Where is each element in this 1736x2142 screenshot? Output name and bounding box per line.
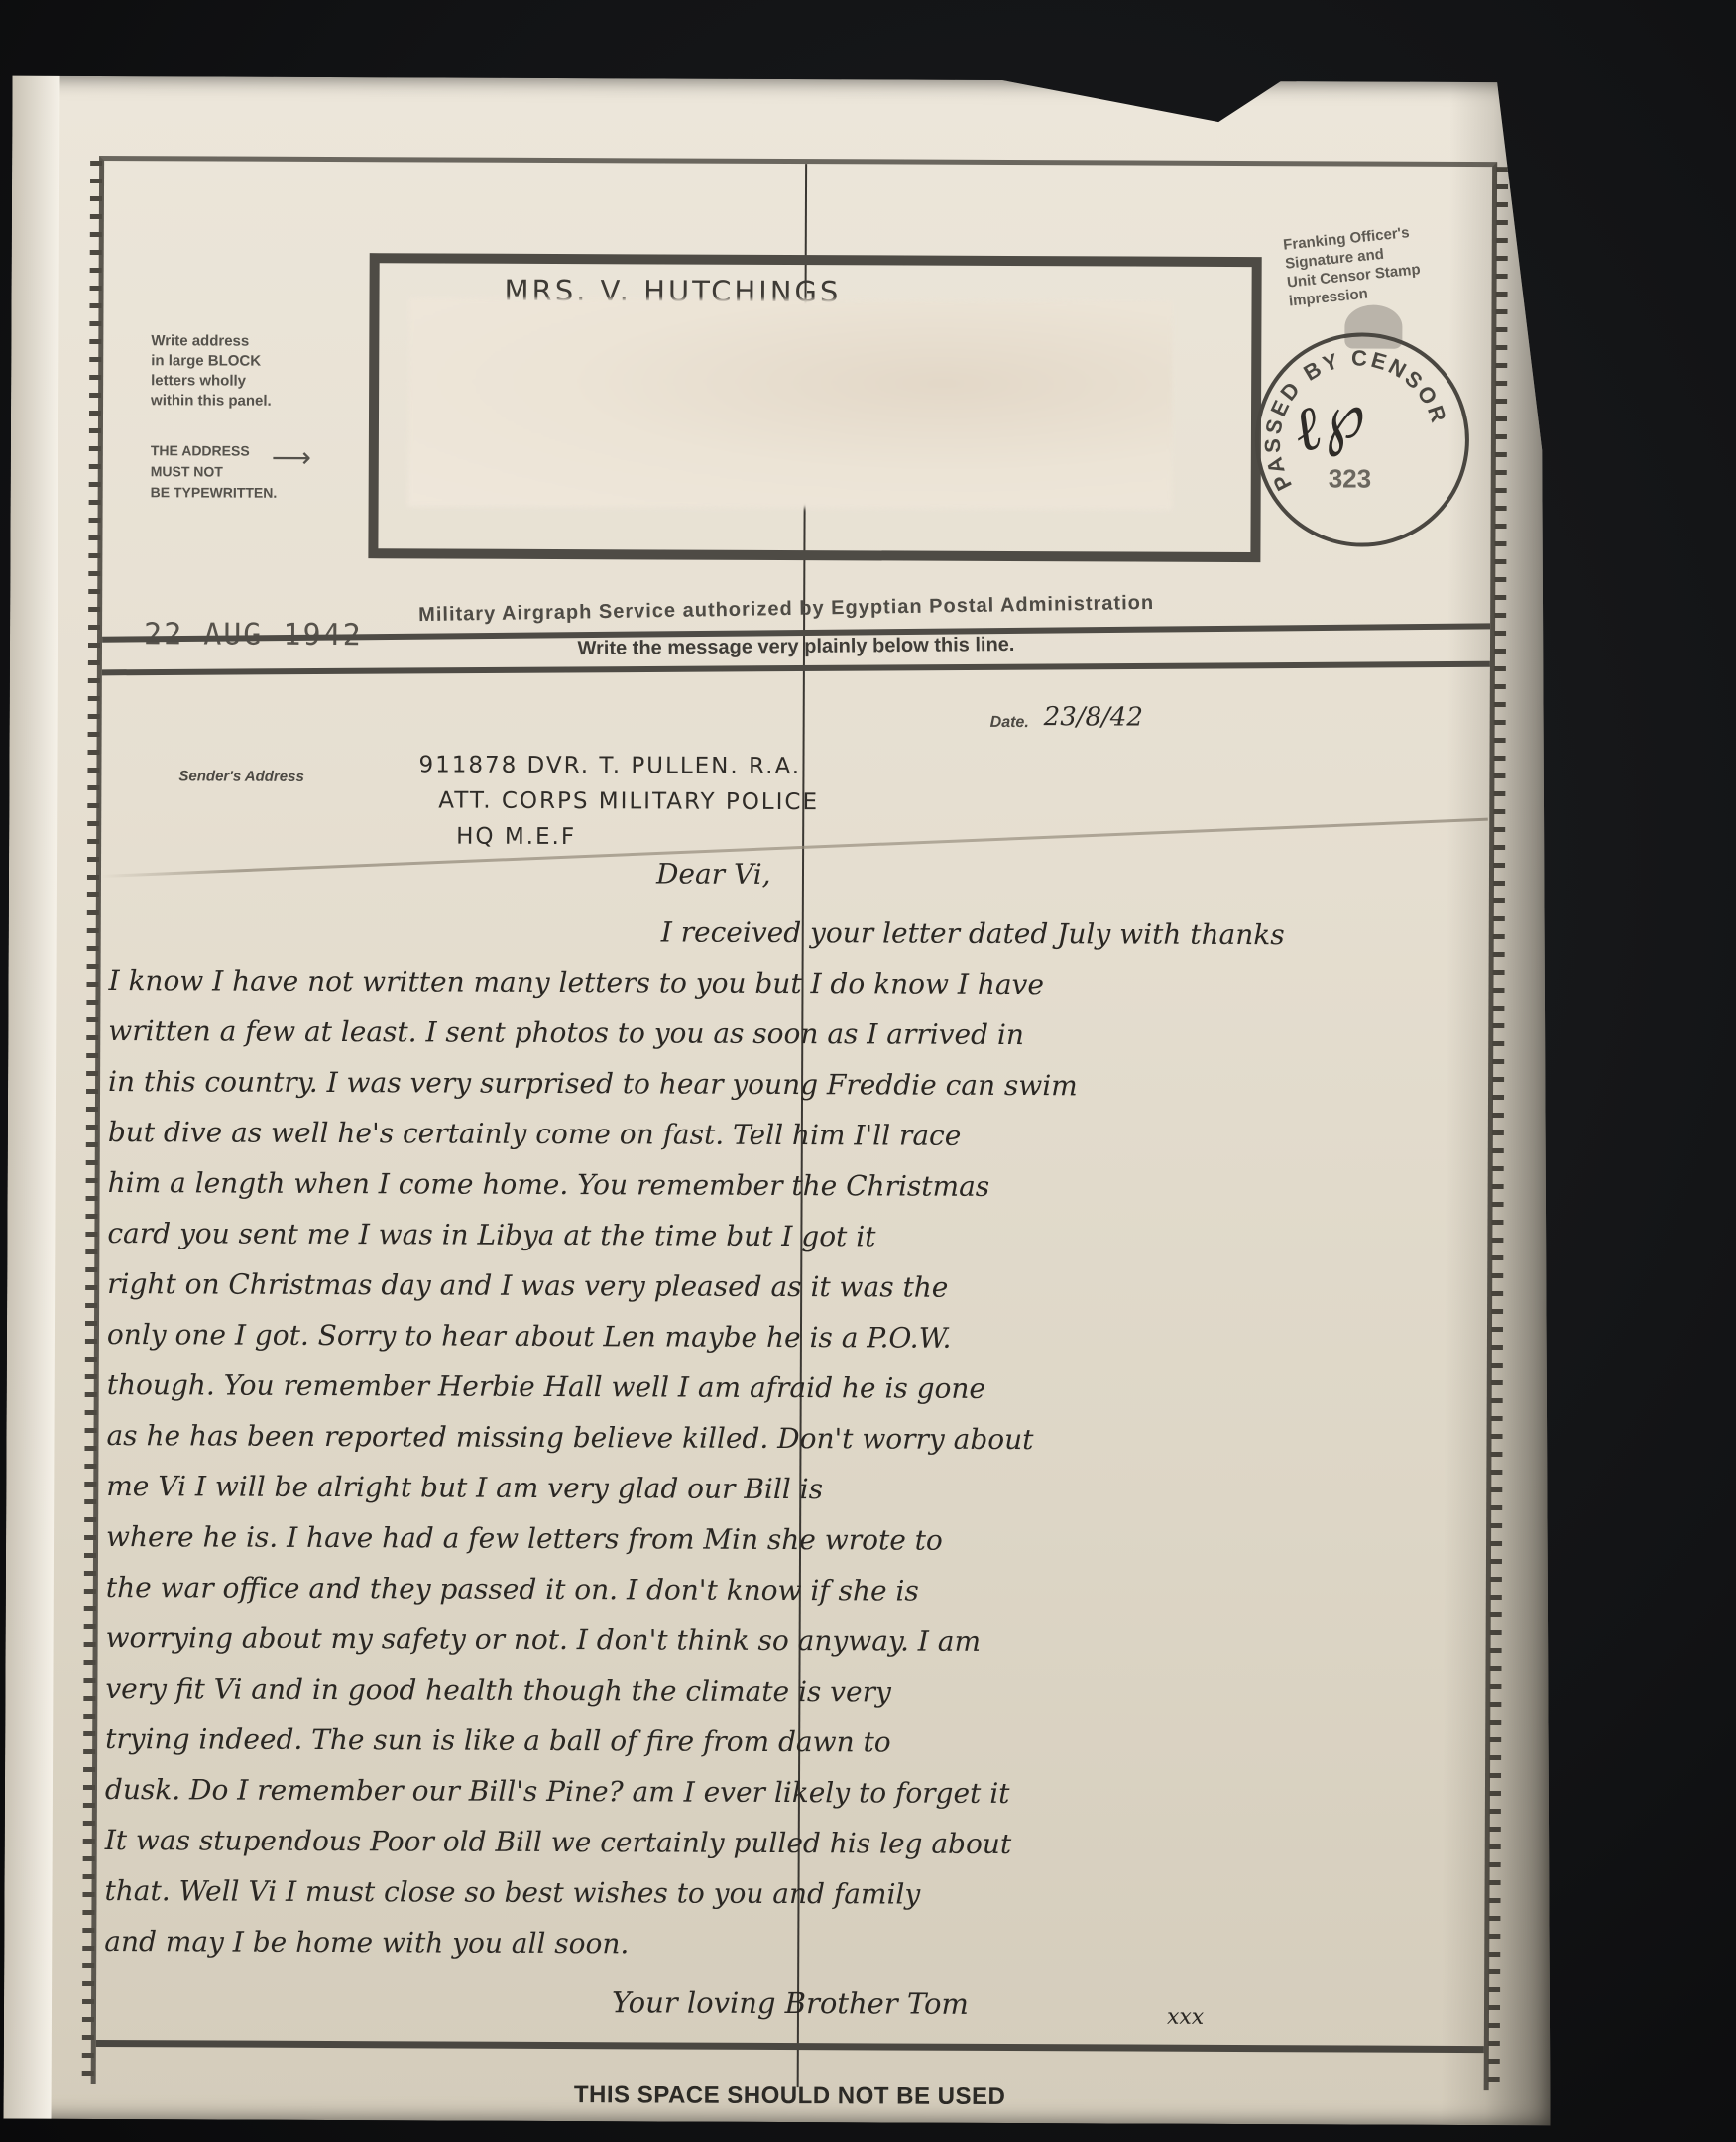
censor-number: 323 xyxy=(1329,463,1372,494)
footer-rule xyxy=(96,2040,1484,2053)
address-panel: MRS. V. HUTCHINGS xyxy=(368,253,1261,562)
letter-line: worrying about my safety or not. I don't… xyxy=(98,1612,1486,1669)
sender-label: Sender's Address xyxy=(178,768,303,785)
divider-rule xyxy=(102,661,1490,676)
address-instructions: Write address in large BLOCK letters who… xyxy=(151,331,320,504)
sender-line: 911878 DVR. T. PULLEN. R.A. xyxy=(418,747,819,784)
letter-line: trying indeed. The sun is like a ball of… xyxy=(97,1714,1485,1770)
letter-line: written a few at least. I sent photos to… xyxy=(100,1006,1488,1062)
franking-instructions: Franking Officer's Signature and Unit Ce… xyxy=(1282,216,1487,311)
letter-line: I know I have not written many letters t… xyxy=(100,955,1488,1011)
sender-line: ATT. CORPS MILITARY POLICE xyxy=(438,782,819,820)
letter-line: in this country. I was very surprised to… xyxy=(100,1056,1488,1113)
warning-line: BE TYPEWRITTEN. xyxy=(151,482,319,504)
service-authorization: Military Airgraph Service authorized by … xyxy=(211,588,1361,630)
letter-line: card you sent me I was in Libya at the t… xyxy=(99,1208,1487,1264)
greeting: Dear Vi, xyxy=(656,857,771,891)
letter-line: It was stupendous Poor old Bill we certa… xyxy=(97,1815,1485,1871)
instruction-line: letters wholly xyxy=(151,371,319,392)
sender-address: 911878 DVR. T. PULLEN. R.A. ATT. CORPS M… xyxy=(418,747,819,856)
letter-line: where he is. I have had a few letters fr… xyxy=(98,1511,1486,1568)
right-arrow-icon: ⟶ xyxy=(272,441,311,474)
censor-stamp: PASSED BY CENSOR ℓ℘ 323 xyxy=(1254,332,1469,547)
letter-line: me Vi I will be alright but I am very gl… xyxy=(98,1461,1486,1517)
letter-line: and may I be home with you all soon. xyxy=(96,1916,1484,1972)
signoff: Your loving Brother Tom xyxy=(612,1985,969,2021)
instruction-line: within this panel. xyxy=(151,391,319,412)
letter-line: only one I got. Sorry to hear about Len … xyxy=(99,1309,1487,1366)
kisses: xxx xyxy=(1167,2005,1204,2030)
redacted-address xyxy=(408,297,1173,509)
letter-line: as he has been reported missing believe … xyxy=(98,1410,1486,1467)
footer-notice: THIS SPACE SHOULD NOT BE USED xyxy=(96,2080,1484,2113)
letter-line: though. You remember Herbie Hall well I … xyxy=(99,1360,1487,1416)
perforation-right xyxy=(1488,167,1508,2090)
date-label: Date. xyxy=(990,714,1029,732)
letter-date: 23/8/42 xyxy=(1044,702,1143,732)
instruction-line: Write address xyxy=(151,331,319,352)
instruction-line: in large BLOCK xyxy=(151,351,319,372)
letter-line: him a length when I come home. You remem… xyxy=(100,1157,1488,1214)
letter-line: right on Christmas day and I was very pl… xyxy=(99,1258,1487,1315)
airgraph-form-paper: Write address in large BLOCK letters who… xyxy=(4,76,1560,2126)
letter-line: but dive as well he's certainly come on … xyxy=(100,1107,1488,1163)
letter-line: I received your letter dated July with t… xyxy=(101,904,1489,961)
letter-line: dusk. Do I remember our Bill's Pine? am … xyxy=(97,1764,1485,1821)
letter-body: I received your letter dated July with t… xyxy=(96,904,1489,1972)
form-frame: Write address in large BLOCK letters who… xyxy=(91,156,1497,2090)
letter-line: the war office and they passed it on. I … xyxy=(98,1562,1486,1618)
letter-line: that. Well Vi I must close so best wishe… xyxy=(96,1865,1484,1922)
letter-line: very fit Vi and in good health though th… xyxy=(97,1663,1485,1720)
